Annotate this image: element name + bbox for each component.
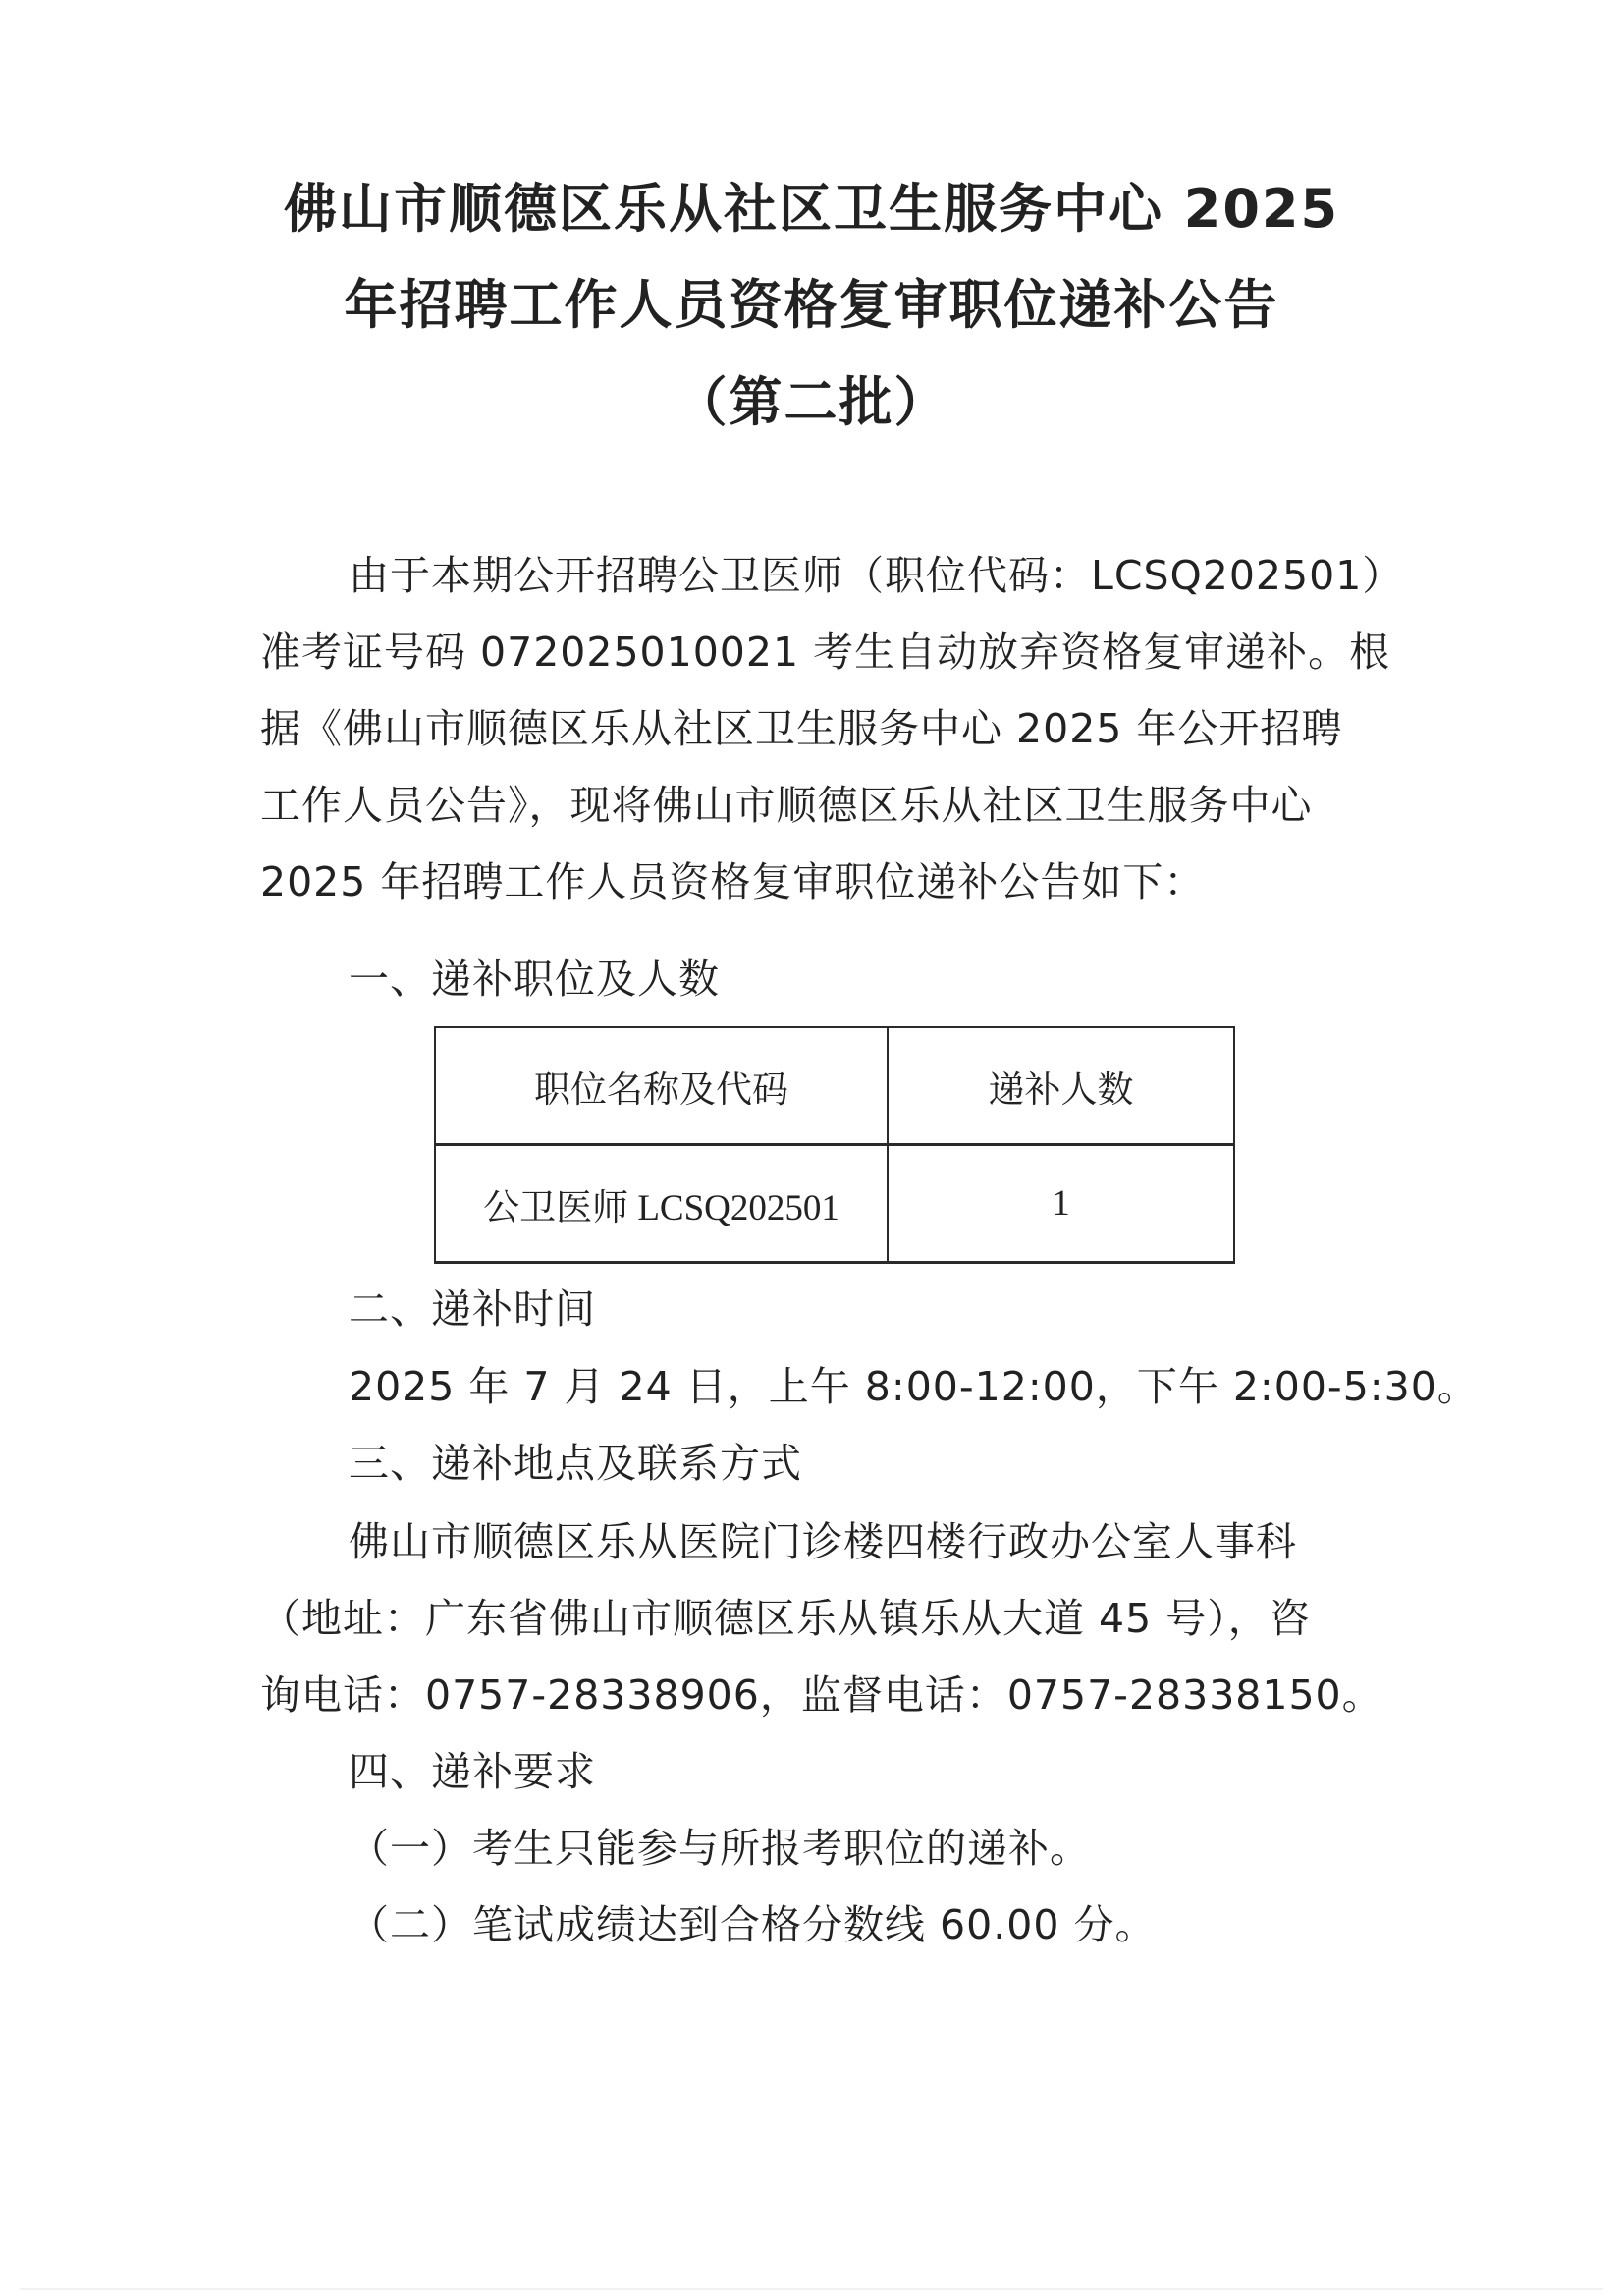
table-header-row: 职位名称及代码 递补人数 bbox=[435, 1027, 1234, 1145]
intro-line-1: 由于本期公开招聘公卫医师（职位代码：LCSQ202501） bbox=[349, 556, 1403, 596]
requirement-line-1: （一）考生只能参与所报考职位的递补。 bbox=[349, 1829, 1091, 1869]
section-heading-requirements: 四、递补要求 bbox=[349, 1752, 596, 1792]
section-time-line: 2025 年 7 月 24 日，上午 8:00-12:00，下午 2:00-5:… bbox=[349, 1367, 1479, 1407]
section-heading-time: 二、递补时间 bbox=[349, 1289, 596, 1330]
intro-line-2: 准考证号码 072025010021 考生自动放弃资格复审递补。根 bbox=[260, 632, 1390, 673]
document-title-line-1: 佛山市顺德区乐从社区卫生服务中心 2025 bbox=[196, 183, 1427, 236]
intro-line-3: 据《佛山市顺德区乐从社区卫生服务中心 2025 年公开招聘 bbox=[260, 709, 1342, 749]
document-page: 佛山市顺德区乐从社区卫生服务中心 2025 年招聘工作人员资格复审职位递补公告 … bbox=[0, 0, 1623, 2296]
location-line-2: （地址：广东省佛山市顺德区乐从镇乐从大道 45 号），咨 bbox=[260, 1599, 1311, 1639]
location-line-1: 佛山市顺德区乐从医院门诊楼四楼行政办公室人事科 bbox=[349, 1522, 1297, 1562]
intro-line-4: 工作人员公告》，现将佛山市顺德区乐从社区卫生服务中心 bbox=[260, 786, 1313, 826]
scan-edge-artifact bbox=[20, 2288, 1603, 2290]
table-row: 公卫医师 LCSQ202501 1 bbox=[435, 1145, 1234, 1263]
location-line-3: 询电话：0757-28338906，监督电话：0757-28338150。 bbox=[260, 1675, 1383, 1716]
document-title-line-2: 年招聘工作人员资格复审职位递补公告 bbox=[196, 279, 1427, 332]
document-title-batch: （第二批） bbox=[196, 376, 1427, 429]
section-heading-positions: 一、递补职位及人数 bbox=[349, 959, 720, 1000]
section-heading-location: 三、递补地点及联系方式 bbox=[349, 1444, 802, 1484]
table-header-count: 递补人数 bbox=[888, 1027, 1234, 1145]
table-header-position: 职位名称及代码 bbox=[435, 1027, 888, 1145]
table-cell-count: 1 bbox=[888, 1145, 1234, 1263]
vacancy-table: 职位名称及代码 递补人数 公卫医师 LCSQ202501 1 bbox=[434, 1026, 1235, 1264]
table-cell-position: 公卫医师 LCSQ202501 bbox=[435, 1145, 888, 1263]
requirement-line-2: （二）笔试成绩达到合格分数线 60.00 分。 bbox=[349, 1905, 1156, 1945]
intro-line-5: 2025 年招聘工作人员资格复审职位递补公告如下： bbox=[260, 862, 1205, 902]
